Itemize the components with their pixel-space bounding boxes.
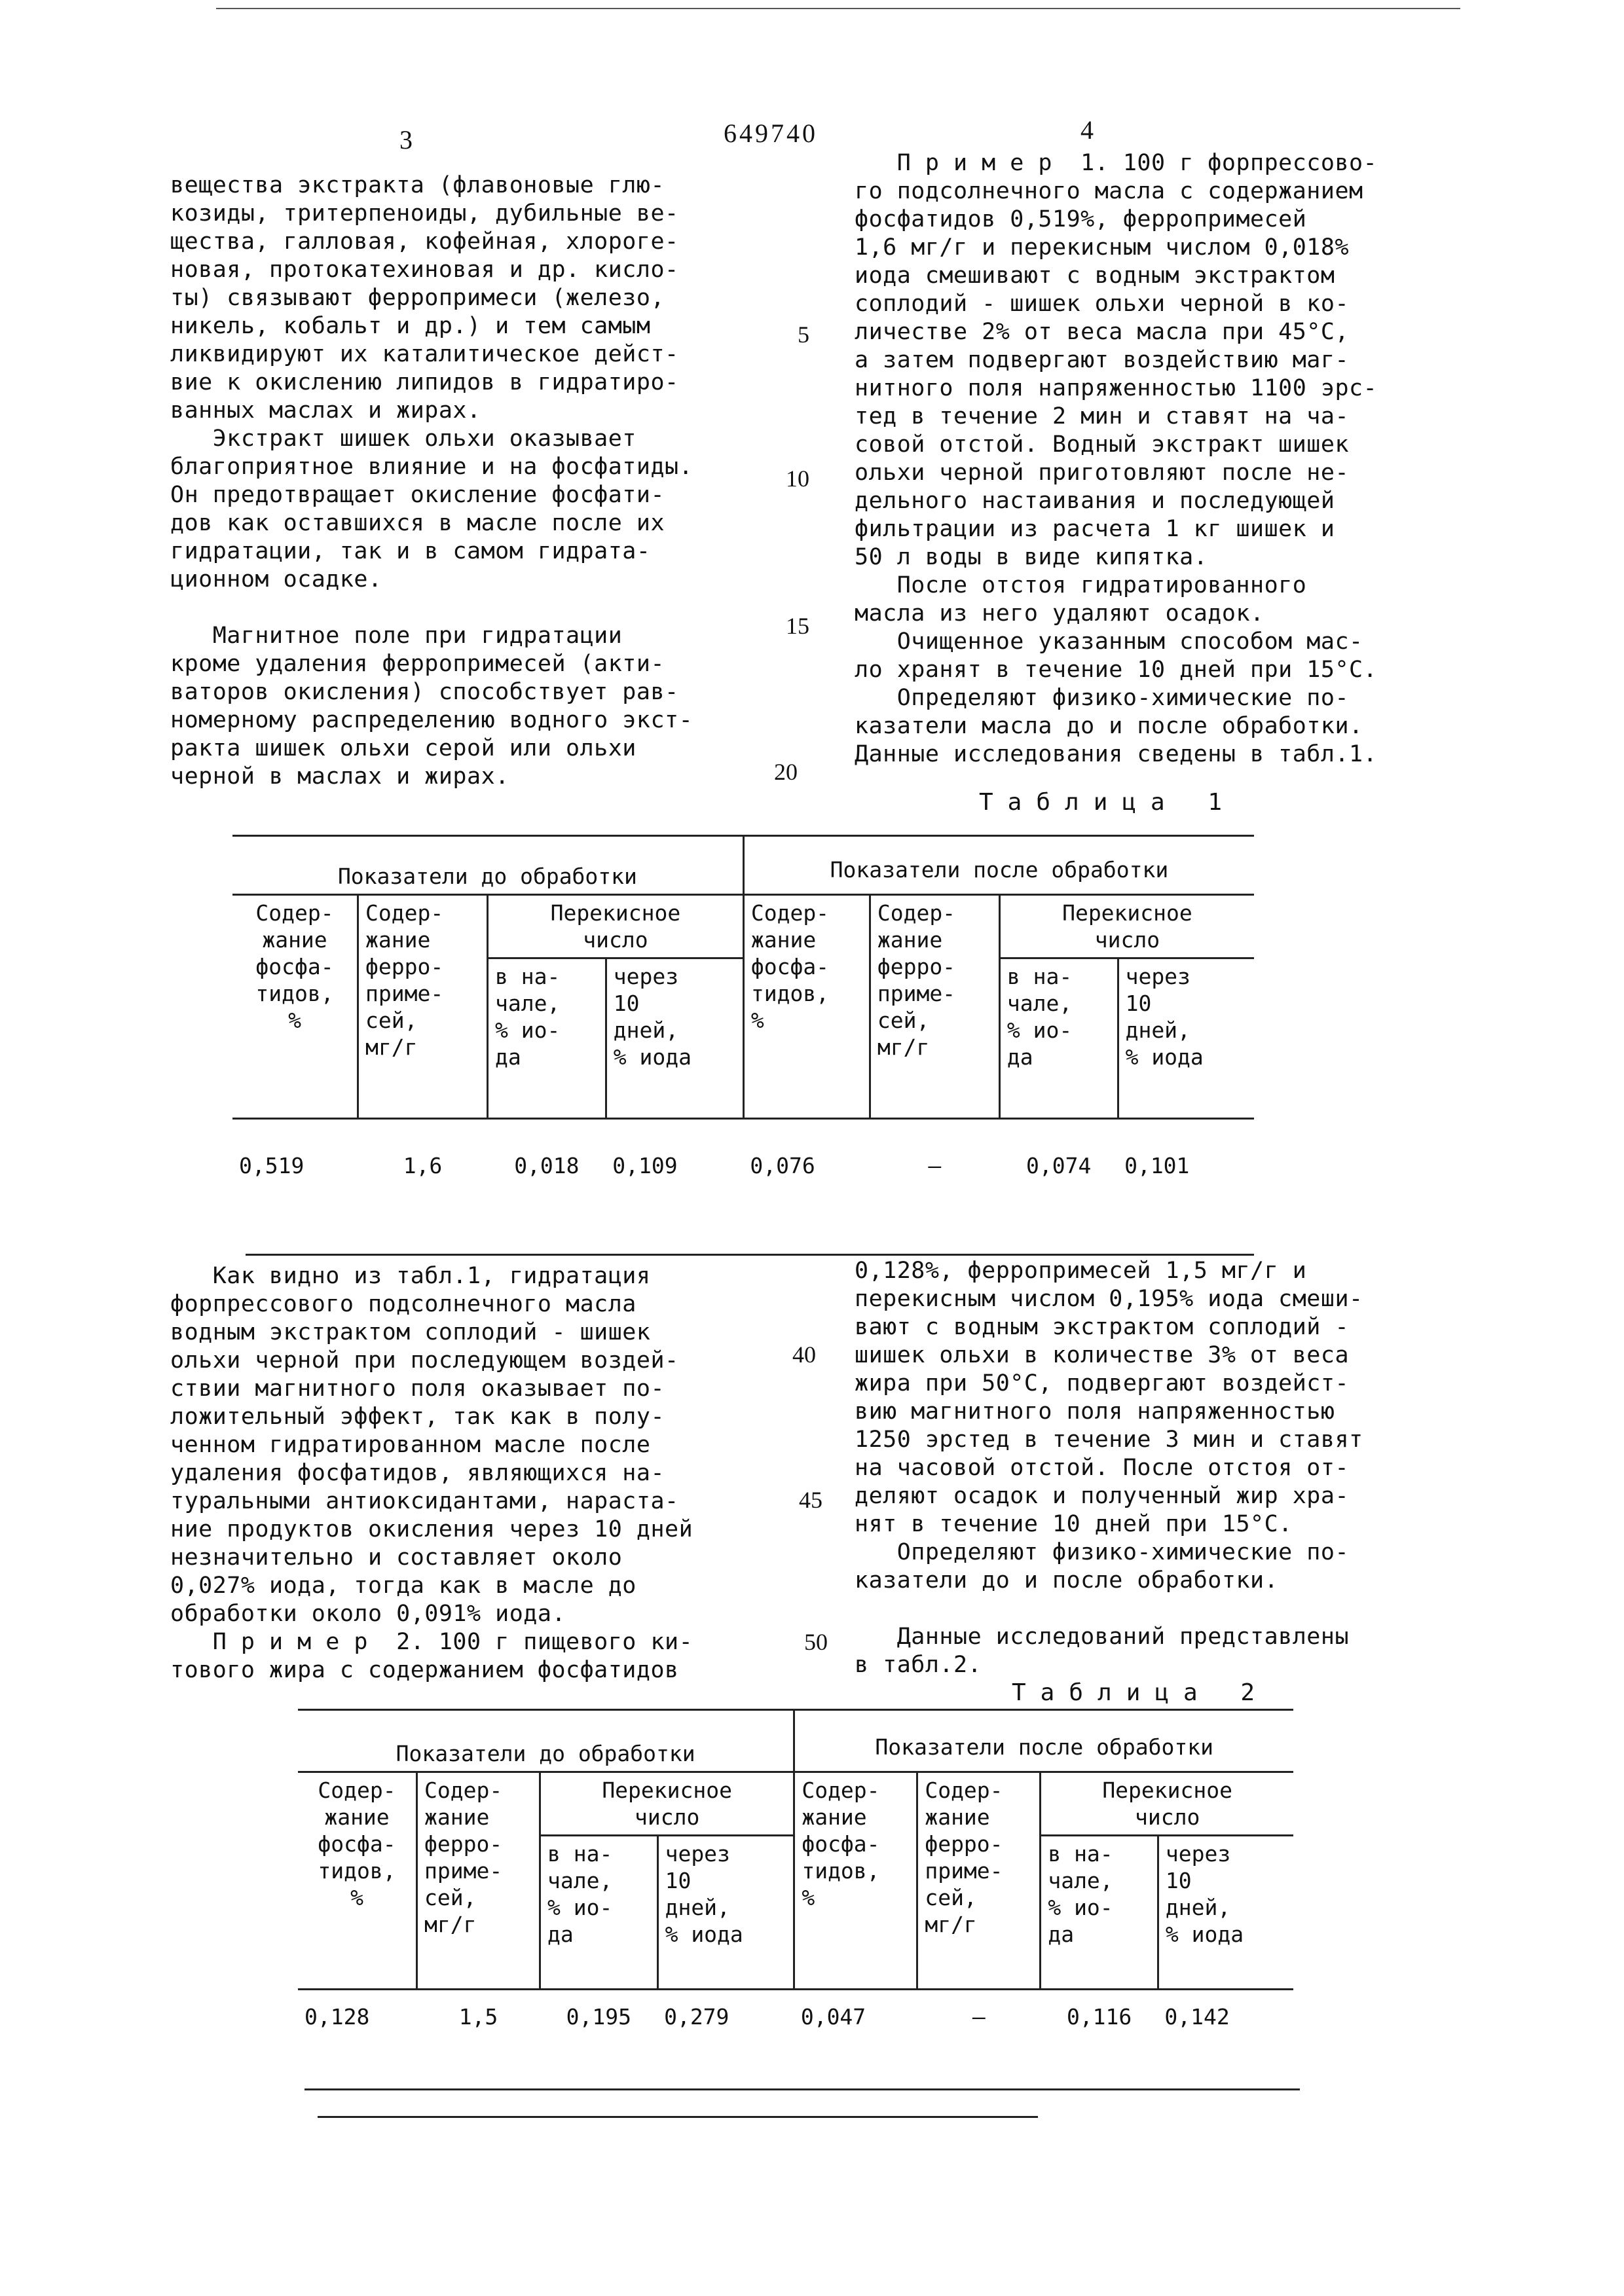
text-line: водным экстрактом соплодий - шишек: [170, 1319, 693, 1347]
text-line: После отстоя гидратированного: [855, 572, 1377, 600]
table2-header-start-after: в на- чале, % ио- да: [1041, 1836, 1158, 1990]
table-cell: 0,018: [488, 1119, 606, 1209]
text-line: туральными антиоксидантами, нараста-: [170, 1487, 693, 1516]
text-line: личестве 2% от веса масла при 45°С,: [855, 318, 1377, 346]
table1-header-phosphatides: Содер- жание фосфа- тидов, %: [232, 895, 358, 1119]
table2-header-peroxide-after: Перекисное число: [1041, 1772, 1293, 1836]
text-line: вещества экстракта (флавоновые глю-: [170, 172, 693, 200]
table2-group-after: Показатели после обработки: [794, 1710, 1293, 1772]
table1-header-ferro: Содер- жание ферро- приме- сей, мг/г: [358, 895, 488, 1119]
text-line: вие к окислению липидов в гидратиро-: [170, 369, 693, 397]
text-line: благоприятное влияние и на фосфатиды.: [170, 453, 693, 481]
table1-header-peroxide-after: Перекисное число: [999, 895, 1254, 958]
table-cell: 0,142: [1158, 1990, 1293, 2047]
line-number: 50: [804, 1628, 828, 1656]
text-line: перекисным числом 0,195% иода смеши-: [855, 1285, 1363, 1313]
text-line: гидратации, так и в самом гидрата-: [170, 538, 693, 566]
text-line: вают с водным экстрактом соплодий -: [855, 1313, 1363, 1341]
text-line: ло хранят в течение 10 дней при 15°С.: [855, 656, 1377, 684]
text-line: Магнитное поле при гидратации: [170, 622, 693, 650]
right-column-top: П р и м е р 1. 100 г форпрессово-го подс…: [855, 149, 1377, 769]
text-line: 50 л воды в виде кипятка.: [855, 543, 1377, 572]
table1: Показатели до обработки Показатели после…: [232, 835, 1254, 1209]
table-cell: 0,109: [606, 1119, 743, 1209]
text-line: ты) связывают ферропримеси (железо,: [170, 284, 693, 312]
table-cell: 0,128: [298, 1990, 417, 2047]
text-line: ложительный эффект, так как в полу-: [170, 1403, 693, 1431]
table-row: 0,519 1,6 0,018 0,109 0,076 – 0,074 0,10…: [232, 1119, 1254, 1209]
left-column-mid: Как видно из табл.1, гидратацияфорпрессо…: [170, 1262, 693, 1685]
text-line: 1250 эрстед в течение 3 мин и ставят: [855, 1426, 1363, 1454]
text-line: Данные исследования сведены в табл.1.: [855, 740, 1377, 769]
table1-group-before: Показатели до обработки: [232, 836, 743, 895]
text-line: а затем подвергают воздействию маг-: [855, 346, 1377, 374]
line-number: 40: [792, 1341, 816, 1368]
text-line: ольхи черной приготовляют после не-: [855, 459, 1377, 487]
text-line: тед в течение 2 мин и ставят на ча-: [855, 403, 1377, 431]
table2-header-start: в на- чале, % ио- да: [540, 1836, 658, 1990]
table-cell: 0,076: [743, 1119, 870, 1209]
text-line: на часовой отстой. После отстоя от-: [855, 1454, 1363, 1482]
line-number: 10: [786, 465, 809, 492]
table-cell: 0,195: [540, 1990, 658, 2047]
text-line: незначительно и составляет около: [170, 1544, 693, 1572]
page-number-left: 3: [399, 124, 413, 155]
line-number: 45: [799, 1486, 822, 1514]
table-row: 0,128 1,5 0,195 0,279 0,047 – 0,116 0,14…: [298, 1990, 1293, 2047]
text-line: номерному распределению водного экст-: [170, 706, 693, 735]
table2-header-phosphatides: Содер- жание фосфа- тидов, %: [298, 1772, 417, 1990]
text-line: тового жира с содержанием фосфатидов: [170, 1656, 693, 1685]
table2-header-10days-after: через 10 дней, % иода: [1158, 1836, 1293, 1990]
table-cell: –: [917, 1990, 1041, 2047]
line-number: 15: [786, 612, 809, 640]
table2-header-10days: через 10 дней, % иода: [657, 1836, 794, 1990]
text-line: Данные исследований представлены: [855, 1623, 1363, 1651]
text-line: фосфатидов 0,519%, ферропримесей: [855, 206, 1377, 234]
table-cell: 0,116: [1041, 1990, 1158, 2047]
text-line: деляют осадок и полученный жир хра-: [855, 1482, 1363, 1510]
text-line: 1,6 мг/г и перекисным числом 0,018%: [855, 234, 1377, 262]
table2-group-before: Показатели до обработки: [298, 1710, 794, 1772]
table1-caption: Таблица 1: [979, 789, 1236, 816]
left-column-top: вещества экстракта (флавоновые глю-козид…: [170, 172, 693, 791]
text-line: П р и м е р 2. 100 г пищевого ки-: [170, 1628, 693, 1656]
text-line: ванных маслах и жирах.: [170, 397, 693, 425]
table-cell: 0,047: [794, 1990, 917, 2047]
text-line: совой отстой. Водный экстракт шишек: [855, 431, 1377, 459]
text-line: удаления фосфатидов, являющихся на-: [170, 1459, 693, 1487]
text-line: Определяют физико-химические по-: [855, 1539, 1363, 1567]
text-line: новая, протокатехиновая и др. кисло-: [170, 256, 693, 284]
table1-header-10days: через 10 дней, % иода: [606, 958, 743, 1119]
text-line: щества, галловая, кофейная, хлороге-: [170, 228, 693, 256]
table-cell: 0,074: [999, 1119, 1118, 1209]
text-line: ствии магнитного поля оказывает по-: [170, 1375, 693, 1403]
text-line: казатели до и после обработки.: [855, 1567, 1363, 1595]
text-line: нитного поля напряженностью 1100 эрс-: [855, 374, 1377, 403]
text-line: форпрессового подсолнечного масла: [170, 1290, 693, 1319]
table-cell: 1,6: [358, 1119, 488, 1209]
table-cell: 0,519: [232, 1119, 358, 1209]
line-number: 5: [798, 321, 809, 348]
text-line: Определяют физико-химические по-: [855, 684, 1377, 712]
table2-end-rule: [318, 2116, 1038, 2118]
text-line: черной в маслах и жирах.: [170, 763, 693, 791]
scan-top-edge: [216, 8, 1460, 9]
table-cell: 0,279: [657, 1990, 794, 2047]
text-line: ченном гидратированном масле после: [170, 1431, 693, 1459]
text-line: ликвидируют их каталитическое дейст-: [170, 340, 693, 369]
text-line: ваторов окисления) способствует рав-: [170, 678, 693, 706]
text-line: дов как оставшихся в масле после их: [170, 509, 693, 538]
table-cell: 1,5: [417, 1990, 540, 2047]
table2-header-ferro: Содер- жание ферро- приме- сей, мг/г: [417, 1772, 540, 1990]
table2-bottom-rule: [304, 2088, 1300, 2090]
table2-header-peroxide: Перекисное число: [540, 1772, 794, 1836]
table2-header-ferro-after: Содер- жание ферро- приме- сей, мг/г: [917, 1772, 1041, 1990]
text-line: 0,027% иода, тогда как в масле до: [170, 1572, 693, 1600]
text-line: обработки около 0,091% иода.: [170, 1600, 693, 1628]
table2-header-phosphatides-after: Содер- жание фосфа- тидов, %: [794, 1772, 917, 1990]
patent-number: 649740: [724, 118, 818, 149]
text-line: ние продуктов окисления через 10 дней: [170, 1516, 693, 1544]
table-cell: –: [870, 1119, 999, 1209]
page-number-right: 4: [1080, 115, 1094, 145]
text-line: [855, 1595, 1363, 1623]
text-line: масла из него удаляют осадок.: [855, 600, 1377, 628]
right-column-mid: 0,128%, ферропримесей 1,5 мг/г иперекисн…: [855, 1257, 1363, 1679]
text-line: казатели масла до и после обработки.: [855, 712, 1377, 740]
text-line: П р и м е р 1. 100 г форпрессово-: [855, 149, 1377, 177]
text-line: дельного настаивания и последующей: [855, 487, 1377, 515]
text-line: го подсолнечного масла с содержанием: [855, 177, 1377, 206]
table-cell: 0,101: [1118, 1119, 1254, 1209]
text-line: фильтрации из расчета 1 кг шишек и: [855, 515, 1377, 543]
table1-header-phosphatides-after: Содер- жание фосфа- тидов, %: [743, 895, 870, 1119]
text-line: 0,128%, ферропримесей 1,5 мг/г и: [855, 1257, 1363, 1285]
text-line: жира при 50°С, подвергают воздейст-: [855, 1370, 1363, 1398]
text-line: Он предотвращает окисление фосфати-: [170, 481, 693, 509]
text-line: шишек ольхи в количестве 3% от веса: [855, 1341, 1363, 1370]
table1-header-peroxide: Перекисное число: [488, 895, 744, 958]
text-line: ционном осадке.: [170, 566, 693, 594]
text-line: [170, 594, 693, 622]
text-line: Как видно из табл.1, гидратация: [170, 1262, 693, 1290]
table1-group-after: Показатели после обработки: [743, 836, 1254, 895]
table2-caption: Таблица 2: [1012, 1679, 1269, 1706]
table1-bottom-rule: [246, 1254, 1254, 1256]
text-line: соплодий - шишек ольхи черной в ко-: [855, 290, 1377, 318]
text-line: ракта шишек ольхи серой или ольхи: [170, 735, 693, 763]
text-line: в табл.2.: [855, 1651, 1363, 1679]
table1-header-start: в на- чале, % ио- да: [488, 958, 606, 1119]
table1-header-10days-after: через 10 дней, % иода: [1118, 958, 1254, 1119]
text-line: козиды, тритерпеноиды, дубильные ве-: [170, 200, 693, 228]
text-line: нят в течение 10 дней при 15°С.: [855, 1510, 1363, 1539]
line-number: 20: [774, 758, 798, 786]
text-line: кроме удаления ферропримесей (акти-: [170, 650, 693, 678]
table1-header-start-after: в на- чале, % ио- да: [999, 958, 1118, 1119]
text-line: никель, кобальт и др.) и тем самым: [170, 312, 693, 340]
text-line: иода смешивают с водным экстрактом: [855, 262, 1377, 290]
table1-header-ferro-after: Содер- жание ферро- приме- сей, мг/г: [870, 895, 999, 1119]
text-line: вию магнитного поля напряженностью: [855, 1398, 1363, 1426]
text-line: Очищенное указанным способом мас-: [855, 628, 1377, 656]
text-line: ольхи черной при последующем воздей-: [170, 1347, 693, 1375]
table2: Показатели до обработки Показатели после…: [298, 1709, 1293, 2047]
text-line: Экстракт шишек ольхи оказывает: [170, 425, 693, 453]
